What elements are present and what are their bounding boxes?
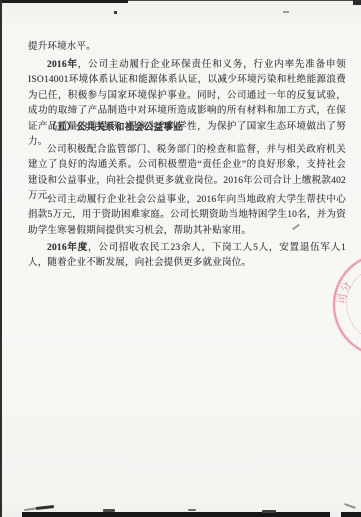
paragraph-charity: 公司主动履行企业社会公益事业，2016年向当地政府大学生帮扶中心捐款5万元，用于… — [28, 193, 346, 239]
paragraph-environment: 2016年，公司主动履行企业环保责任和义务，行业内率先准备申领ISO14001环… — [28, 58, 346, 150]
scan-edge-left — [0, 0, 2, 517]
scan-smudge — [344, 503, 356, 509]
stamp-inner-ring — [346, 266, 361, 342]
scan-smudge — [36, 505, 54, 510]
scan-edge-bottom — [22, 512, 330, 517]
scan-smudge — [188, 509, 196, 511]
paragraph-environment-lead: 2016年 — [47, 60, 78, 70]
scan-smudge — [262, 510, 276, 513]
scan-speck — [114, 11, 117, 14]
paragraph-intro-tail: 提升环境水平。 — [28, 40, 346, 55]
stamp-character-bottom: 司 — [333, 292, 350, 304]
paragraph-employment: 2016年度，公司招收农民工23余人，下岗工人5人，安置退伍军人1人，随着企业不… — [28, 241, 346, 272]
paragraph-employment-lead: 2016年度 — [47, 243, 88, 253]
scanned-document-page: 提升环境水平。 2016年，公司主动履行企业环保责任和义务，行业内率先准备申领I… — [0, 0, 361, 517]
scan-corner-mark — [353, 0, 361, 5]
stamp-character-top: 分 — [336, 279, 354, 295]
scan-edge-bottom — [341, 512, 361, 517]
scan-edge-top-bar — [0, 0, 128, 3]
scan-speck — [283, 11, 289, 13]
section-heading: （五）公共关系和社会公益事业 — [28, 121, 346, 136]
scan-smudge — [103, 509, 115, 512]
